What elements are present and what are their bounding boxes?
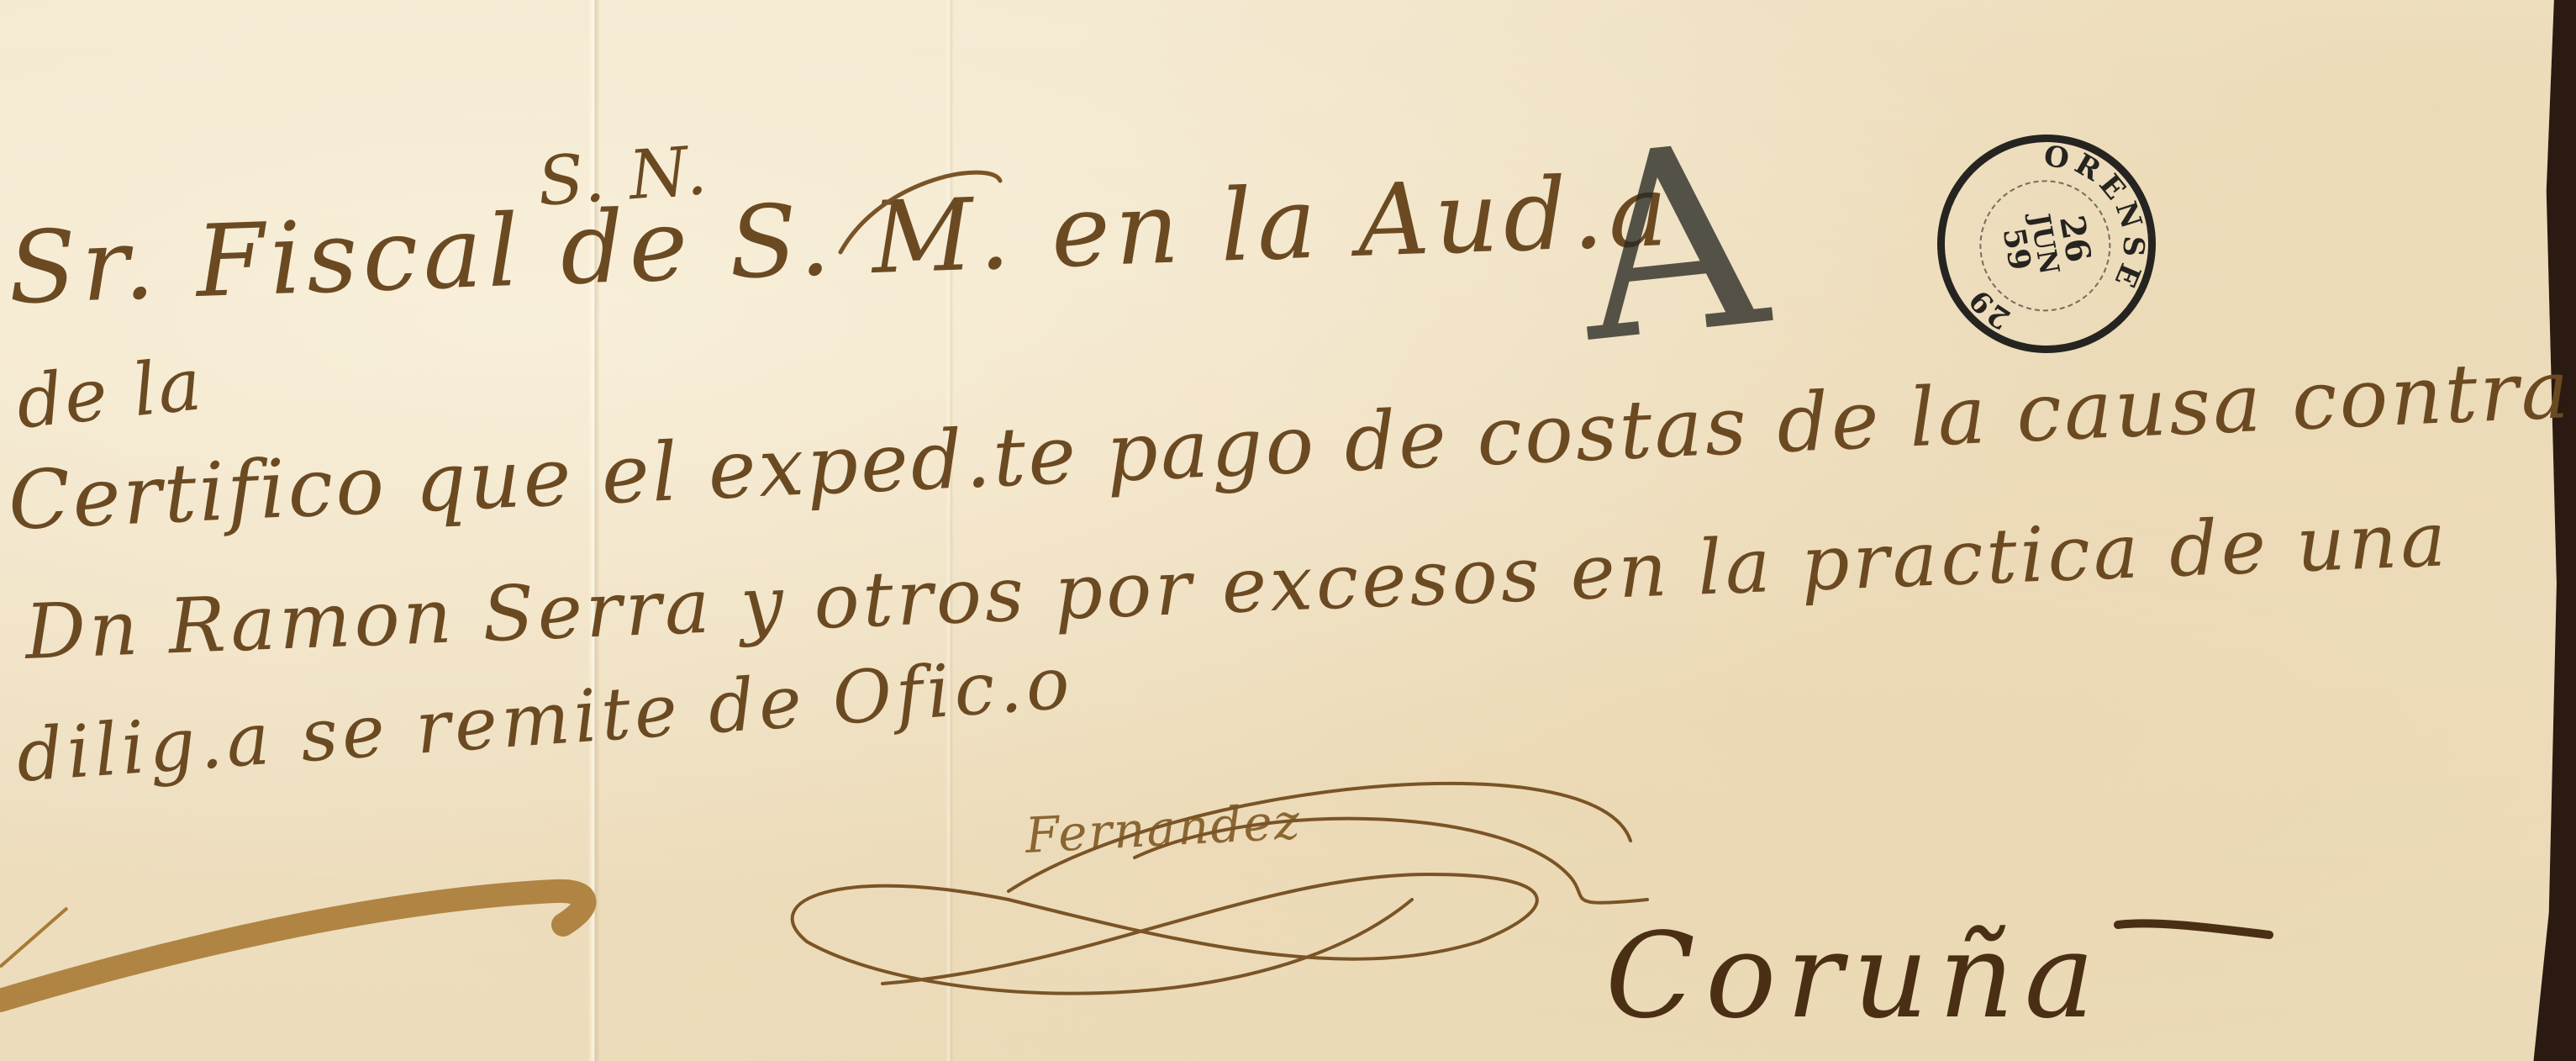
destination-city: Coruña <box>1605 908 2105 1045</box>
handstamp-a: A <box>1567 108 1775 378</box>
fold-crease <box>946 0 954 1061</box>
svg-text:29: 29 <box>1960 279 2020 341</box>
